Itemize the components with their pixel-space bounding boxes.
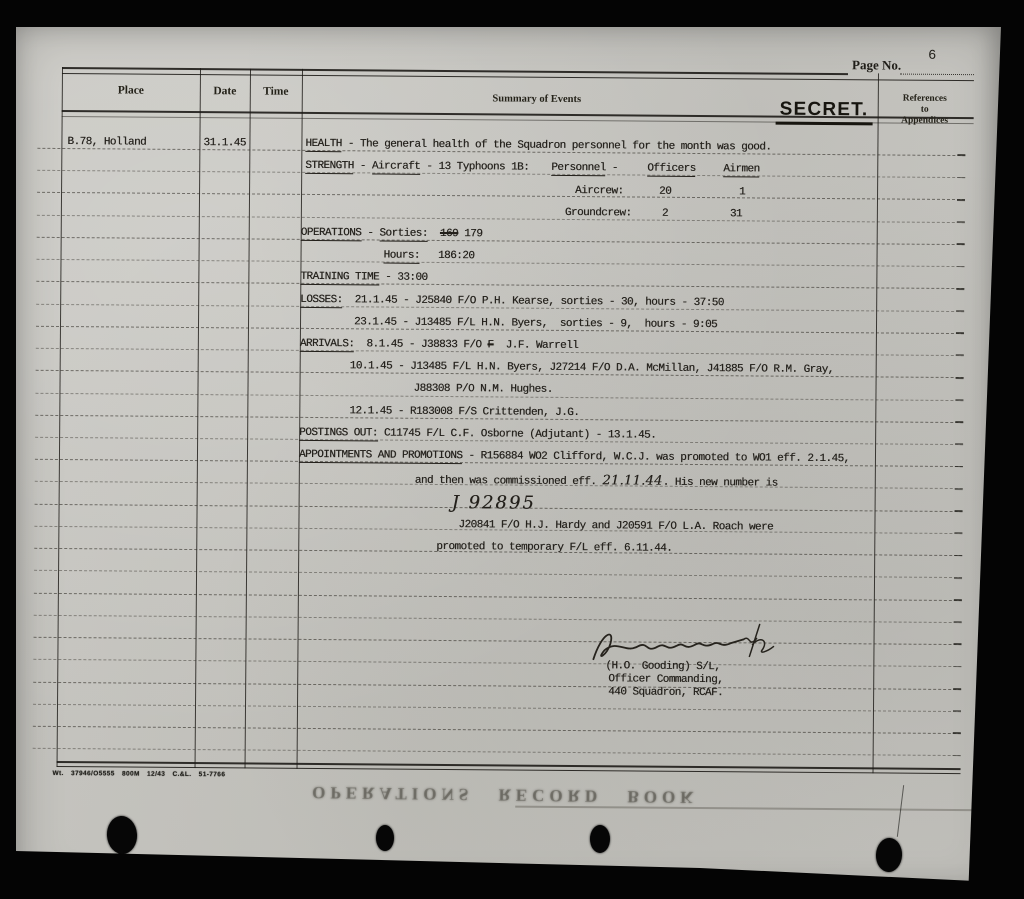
typed-line: J 92895: [452, 496, 536, 514]
bleed-through-text: OPERATIONS RECORD BOOK: [290, 782, 720, 808]
ruled-line: [34, 570, 962, 578]
typed-segment: J20841 F/O H.J. Hardy and J20591 F/O L.A…: [458, 519, 773, 533]
references-line-3: Appendices: [878, 115, 972, 127]
column-header-place: Place: [62, 84, 200, 97]
typed-segment: - 13 Typhoons 1B:: [420, 161, 529, 174]
typed-line: J88308 P/O N.M. Hughes.: [413, 383, 552, 397]
typed-segment-u: OPERATIONS: [301, 227, 362, 241]
signature-name: (H.O. Gooding) S/L,: [605, 660, 720, 674]
column-divider-place-date: [195, 68, 202, 768]
typed-segment-u: Airmen: [723, 163, 759, 177]
typed-segment: 10.1.45 - J13485 F/L H.N. Byers, J27214 …: [350, 360, 834, 376]
typed-segment: - The general health of the Squadron per…: [342, 138, 772, 153]
punch-hole: [590, 825, 610, 853]
ruled-line: [34, 615, 962, 623]
ruled-line: [34, 637, 962, 645]
typed-segment-u: POSTINGS OUT:: [299, 427, 378, 441]
typed-line: and then was commissioned eff. 21.11.44.…: [415, 473, 778, 491]
typed-line: promoted to temporary F/L eff. 6.11.44.: [436, 541, 672, 556]
typed-segment: [428, 228, 440, 240]
typed-line: J20841 F/O H.J. Hardy and J20591 F/O L.A…: [458, 519, 773, 534]
page-no-value: 6: [928, 49, 936, 64]
typed-segment: 20: [659, 186, 671, 198]
typed-segment: - R156884 WO2 Clifford, W.C.J. was promo…: [462, 450, 849, 465]
scanned-photo: Page No. 6 Place Date Time Summary of Ev…: [0, 0, 1024, 899]
typed-segment-u: Aircraft: [372, 160, 421, 174]
bleed-through-rule: [515, 806, 985, 812]
typed-segment: . His new number is: [663, 477, 778, 490]
typed-line: 31: [730, 208, 742, 221]
typed-segment-u: HEALTH: [305, 138, 341, 152]
typed-line: STRENGTH - Aircraft - 13 Typhoons 1B:: [305, 160, 529, 175]
table-left-border: [57, 67, 64, 767]
table-border-bottom: [57, 761, 961, 770]
typed-line: HEALTH - The general health of the Squad…: [305, 138, 771, 155]
typed-segment: C11745 F/L C.F. Osborne (Adjutant) - 13.…: [378, 427, 656, 441]
typed-segment-u: Officers: [647, 163, 696, 177]
page-no-leader: [900, 60, 974, 76]
typed-segment-u: Hours:: [383, 250, 419, 264]
typed-segment: 31: [730, 208, 742, 220]
typed-line: APPOINTMENTS AND PROMOTIONS - R156884 WO…: [299, 449, 850, 466]
column-header-references: References to Appendices: [878, 93, 972, 127]
signature-title: Officer Commanding,: [608, 673, 723, 687]
typed-line: 2: [662, 208, 668, 221]
ruled-line: [33, 681, 961, 689]
ruled-lines: [16, 27, 1002, 35]
secret-stamp: SECRET.: [776, 99, 873, 126]
ruled-line: [33, 704, 961, 712]
operations-record-form: Page No. 6 Place Date Time Summary of Ev…: [9, 27, 1002, 899]
typed-segment: 8.1.45 - J38833 F/O: [354, 338, 487, 351]
ruled-line: [33, 748, 961, 756]
ruled-line: [37, 237, 965, 245]
typed-segment: J88308 P/O N.M. Hughes.: [413, 383, 552, 396]
typed-line: 20: [659, 186, 671, 199]
typed-line: 12.1.45 - R183008 F/S Crittenden, J.G.: [349, 405, 579, 420]
typed-segment: - 33:00: [379, 271, 428, 283]
column-divider-time-summary: [297, 69, 304, 769]
references-line-1: References: [878, 93, 972, 105]
typed-segment-h2: J 92895: [452, 492, 536, 514]
typed-line: LOSSES: 21.1.45 - J25840 F/O P.H. Kearse…: [300, 294, 724, 310]
signature-unit: 440 Squadron, RCAF.: [608, 686, 723, 700]
typed-segment-u: APPOINTMENTS AND PROMOTIONS: [299, 449, 462, 464]
typed-segment: 179: [458, 228, 482, 240]
ruled-line: [37, 192, 965, 200]
typed-segment-u: LOSSES:: [300, 294, 342, 308]
column-divider-date-time: [245, 68, 252, 768]
typed-line: Personnel -: [551, 162, 618, 176]
typed-segment: 1: [739, 186, 745, 198]
typed-line: OPERATIONS - Sorties: 169 179: [301, 227, 483, 241]
document-page: Page No. 6 Place Date Time Summary of Ev…: [16, 27, 1002, 899]
references-line-2: to: [878, 104, 972, 116]
column-header-summary: Summary of Events: [302, 92, 772, 107]
column-header-time: Time: [250, 85, 302, 97]
typed-line: Hours: 186:20: [383, 250, 474, 264]
entry-place: B.78, Holland: [67, 136, 146, 150]
ruled-line: [33, 726, 961, 734]
typed-line: Airmen: [723, 163, 759, 176]
typed-segment-u: STRENGTH: [305, 160, 354, 174]
ruled-line: [37, 214, 965, 222]
typed-content: B.78, Holland 31.1.45 HEALTH - The gener…: [16, 27, 1002, 35]
typed-segment-h: 21.11.44: [602, 473, 662, 488]
typed-segment: promoted to temporary F/L eff. 6.11.44.: [436, 541, 672, 555]
typed-line: 10.1.45 - J13485 F/L H.N. Byers, J27214 …: [350, 360, 834, 377]
typed-segment: 186:20: [420, 250, 475, 262]
page-no-label: Page No.: [852, 57, 901, 73]
typed-line: POSTINGS OUT: C11745 F/L C.F. Osborne (A…: [299, 427, 656, 443]
typed-segment-u: TRAINING TIME: [300, 271, 379, 285]
entry-date: 31.1.45: [203, 137, 245, 150]
column-header-date: Date: [200, 85, 250, 97]
ruled-line: [37, 259, 965, 267]
typed-segment: 23.1.45 - J13485 F/L H.N. Byers, sorties…: [354, 316, 717, 331]
typed-line: ARRIVALS: 8.1.45 - J38833 F/O F J.F. War…: [300, 338, 578, 353]
form-print-code: Wt. 37946/O5555 800M 12/43 C.&L. 51-7766: [52, 770, 225, 778]
typed-segment: 2: [662, 208, 668, 220]
typed-segment: and then was commissioned eff.: [415, 475, 603, 488]
punch-hole: [376, 825, 394, 851]
typed-line: 23.1.45 - J13485 F/L H.N. Byers, sorties…: [354, 316, 717, 332]
column-divider-summary-references: [873, 73, 880, 773]
typed-line: TRAINING TIME - 33:00: [300, 271, 427, 285]
ruled-line: [34, 592, 962, 600]
typed-segment: 12.1.45 - R183008 F/S Crittenden, J.G.: [349, 405, 579, 419]
typed-segment: -: [361, 227, 379, 239]
typed-segment-u: Sorties:: [379, 227, 428, 241]
ruled-line: [36, 281, 964, 289]
typed-segment: Groundcrew:: [565, 207, 632, 220]
typed-segment-u: ARRIVALS:: [300, 338, 355, 352]
typed-line: Groundcrew:: [565, 207, 632, 221]
typed-segment-s: 169: [440, 228, 458, 240]
typed-line: Officers: [647, 163, 696, 176]
typed-segment: 21.1.45 - J25840 F/O P.H. Kearse, sortie…: [343, 294, 724, 309]
typed-line: Aircrew:: [575, 185, 624, 198]
ruled-line: [33, 659, 961, 667]
typed-segment: -: [354, 160, 372, 172]
typed-segment: -: [606, 162, 618, 174]
typed-segment: J.F. Warrell: [493, 339, 578, 352]
typed-segment: Aircrew:: [575, 185, 624, 197]
typed-line: 1: [739, 186, 745, 199]
typed-segment-u: Personnel: [551, 162, 606, 176]
